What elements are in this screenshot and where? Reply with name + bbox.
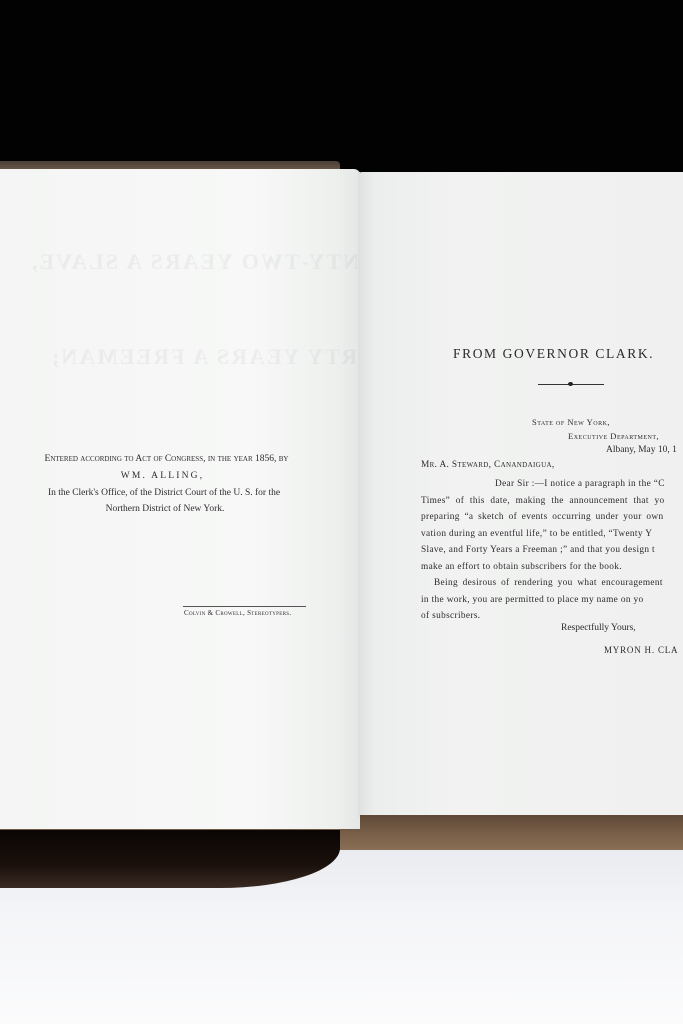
letter-body-line: Times” of this date, making the announce… bbox=[421, 497, 665, 506]
letter-body-line: make an effort to obtain subscribers for… bbox=[421, 563, 622, 572]
dateline-department: Executive Department, bbox=[568, 432, 659, 441]
letter-closing: Respectfully Yours, bbox=[561, 624, 636, 634]
letter-signature: MYRON H. CLA bbox=[604, 646, 678, 655]
letter-body-line: Slave, and Forty Years a Freeman ;” and … bbox=[421, 546, 655, 555]
copyright-line-3: In the Clerk's Office, of the District C… bbox=[0, 489, 328, 499]
show-through-text: FORTY YEARS A FREEMAN; bbox=[50, 344, 392, 370]
left-page: TWENTY-TWO YEARS A SLAVE, FORTY YEARS A … bbox=[0, 169, 360, 829]
letter-body-line: of subscribers. bbox=[421, 612, 480, 621]
book-gutter bbox=[358, 172, 360, 817]
copyright-name: WM. ALLING, bbox=[0, 472, 325, 482]
copyright-line-1: Entered according to Act of Congress, in… bbox=[0, 455, 333, 465]
letter-heading: FROM GOVERNOR CLARK. bbox=[453, 346, 654, 362]
letter-body-line: preparing “a sketch of events occurring … bbox=[421, 513, 663, 522]
right-page bbox=[358, 172, 683, 815]
book-shadow bbox=[0, 830, 340, 888]
letter-body-line: Being desirous of rendering you what enc… bbox=[434, 579, 663, 588]
ornamental-rule-dot bbox=[568, 382, 573, 386]
letter-body-line: vation during an eventful life,” to be e… bbox=[421, 530, 652, 539]
letter-body-line: in the work, you are permitted to place … bbox=[421, 596, 644, 605]
copyright-text: Entered according to Act of Congress, in… bbox=[45, 454, 289, 464]
letter-body-line: Dear Sir :—I notice a paragraph in the “… bbox=[495, 480, 665, 489]
dark-backdrop bbox=[0, 0, 683, 180]
imprint-rule bbox=[183, 606, 306, 607]
stereotypers-imprint: Colvin & Crowell, Stereotypers. bbox=[184, 610, 291, 617]
dateline-state: State of New York, bbox=[532, 418, 610, 427]
dateline-date: Albany, May 10, 1 bbox=[606, 446, 677, 456]
copyright-line-4: Northern District of New York. bbox=[0, 505, 330, 515]
book-photo-scene: TWENTY-TWO YEARS A SLAVE, FORTY YEARS A … bbox=[0, 0, 683, 1024]
letter-addressee: Mr. A. Steward, Canandaigua, bbox=[421, 461, 555, 470]
